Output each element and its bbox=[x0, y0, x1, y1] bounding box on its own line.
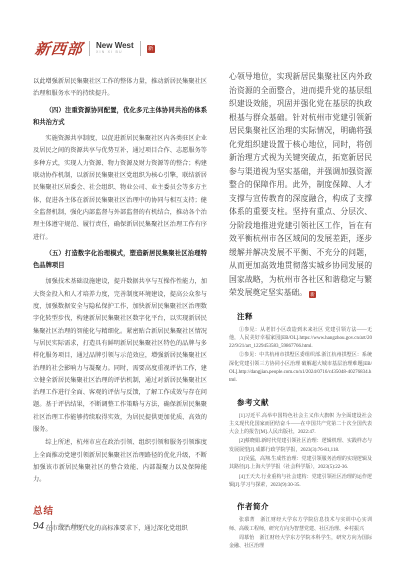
reference-item: [3]吴猛，高翔.生成性治理：党建引领服务治理的实现逻辑及其路径[J].上海大学… bbox=[229, 456, 372, 473]
author-bio-heading: 作者简介 bbox=[237, 501, 372, 512]
end-of-article-icon: 新 bbox=[309, 291, 316, 298]
author-bio-item: 张慕菁 浙江财经大学东方学院信息技术与实训中心实训师、高级工程师，研究方向为智慧… bbox=[229, 517, 372, 534]
reference-item: [2]蔡晓娟.新时代党建引领社区治理：逻辑机理、实践样态与发展展望[J].成都行… bbox=[229, 438, 372, 455]
closing-paragraph: 心领导地位，实现新居民集聚社区内外政治资源的全面整合，进而提升党的基层组织建设效… bbox=[229, 70, 372, 300]
page-footer: 94 New West bbox=[33, 520, 83, 532]
footer-divider bbox=[51, 521, 52, 532]
footer-journal-name: New West bbox=[59, 524, 83, 529]
right-column: 心领导地位，实现新居民集聚社区内外政治资源的全面整合，进而提升党的基层组织建设效… bbox=[229, 70, 372, 552]
section-heading-4: （四）注重资源协同配置，优化多元主体协同共治的体系和共治方式 bbox=[33, 105, 207, 130]
reference-item: [1]习近平.高举中国特色社会主义伟大旗帜 为全面建设社会主义现代化国家而团结奋… bbox=[229, 413, 372, 438]
closing-paragraph-text: 心领导地位，实现新居民集聚社区内外政治资源的全面整合，进而提升党的基层组织建设效… bbox=[229, 72, 372, 297]
summary-paragraph: 综上所述，杭州市应在政治引领、组织引领和服务引领维度上全面推动党建引领新居民集聚… bbox=[33, 437, 207, 486]
references-heading: 参考文献 bbox=[237, 397, 372, 408]
masthead-divider bbox=[140, 41, 141, 56]
journal-seal-icon: 新 bbox=[147, 45, 155, 53]
journal-logo-subtitle: XIN XI BU bbox=[96, 51, 134, 55]
paragraph-continuation: 以此增强新居民集聚社区工作的整体力量，推动新居民集聚社区治理和服务水平的持续提升… bbox=[33, 76, 207, 101]
notes-heading: 注释 bbox=[237, 311, 372, 322]
author-bio-item: 周慕怡 浙江财经大学东方学院本科学生，研究方向为国际金融、社区治理 bbox=[229, 535, 372, 552]
journal-logo-chinese: 新西部 bbox=[34, 38, 84, 59]
masthead-divider bbox=[89, 41, 90, 56]
reference-item: [4]王天夫.行业重构与社会建构：党建引领社区治理的运作逻辑[J].学习与探索，… bbox=[229, 474, 372, 491]
section-5-paragraph: 加强技术基础设施建设，提升数据共享与互操作性能力，加大资金投入和人才培养力度，完… bbox=[33, 276, 207, 436]
conclusion-heading: 总结 bbox=[33, 503, 207, 517]
journal-logo-english-block: New West XIN XI BU bbox=[96, 42, 134, 55]
left-column: 以此增强新居民集聚社区工作的整体力量，推动新居民集聚社区治理和服务水平的持续提升… bbox=[33, 76, 207, 536]
journal-page: 新西部 New West XIN XI BU 新 以此增强新居民集聚社区工作的整… bbox=[0, 0, 402, 564]
section-4-paragraph: 实施资源共享制度，以促进新居民集聚社区内各类驻区企业及居民之间的资源共享与优势互… bbox=[33, 133, 207, 244]
journal-masthead: 新西部 New West XIN XI BU 新 bbox=[35, 38, 155, 59]
page-number: 94 bbox=[33, 520, 44, 532]
note-item: ②参见：中共杭州市拱墅区委组织部.浙江杭州拱墅区：系统深化党建引领三方协同小区治… bbox=[229, 352, 372, 385]
note-item: ①参见：从老旧小区改造到未来社区 党建引领方法——无他，人民美好幸福家园[EB/… bbox=[229, 327, 372, 352]
section-heading-5: （五）打造数字化治理模式，塑造新居民集聚社区治理特色品牌项目 bbox=[33, 248, 207, 273]
